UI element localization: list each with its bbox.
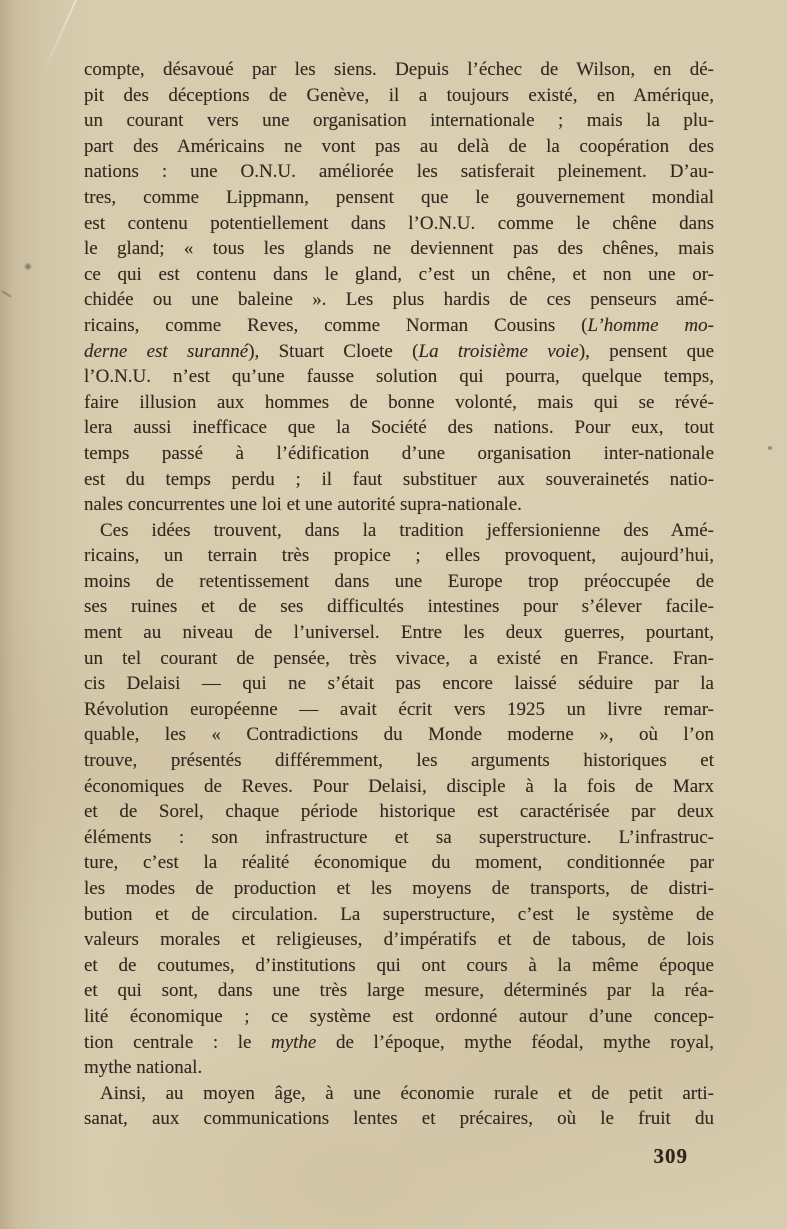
text-line: nales concurrentes une loi et une autori… xyxy=(84,492,714,518)
text-segment: moins de retentissement dans une Europe … xyxy=(84,571,714,592)
text-line: un courant vers une organisation interna… xyxy=(84,108,714,134)
text-segment: quable, les « Contradictions du Monde mo… xyxy=(84,724,714,745)
text-line: Ainsi, au moyen âge, à une économie rura… xyxy=(84,1081,714,1107)
text-line: ses ruines et de ses difficultés intesti… xyxy=(84,594,714,620)
text-line: tres, comme Lippmann, pensent que le gou… xyxy=(84,185,714,211)
text-segment: et qui sont, dans une très large mesure,… xyxy=(84,980,714,1001)
text-line: valeurs morales et religieuses, d’impéra… xyxy=(84,927,714,953)
text-line: est contenu potentiellement dans l’O.N.U… xyxy=(84,211,714,237)
text-line: derne est suranné), Stuart Cloete (La tr… xyxy=(84,339,714,365)
text-segment: ses ruines et de ses difficultés intesti… xyxy=(84,596,714,617)
text-line: ce qui est contenu dans le gland, c’est … xyxy=(84,262,714,288)
italic-text-segment: L’homme mo- xyxy=(588,315,715,336)
italic-text-segment: La troisième voie xyxy=(419,341,579,362)
text-segment: les modes de production et les moyens de… xyxy=(84,878,714,899)
text-line: lité économique ; ce système est ordonné… xyxy=(84,1004,714,1030)
italic-text-segment: derne est suranné xyxy=(84,341,248,362)
text-segment: tres, comme Lippmann, pensent que le gou… xyxy=(84,187,714,208)
text-line: pit des déceptions de Genève, il a toujo… xyxy=(84,83,714,109)
text-segment: nations : une O.N.U. améliorée les satis… xyxy=(84,161,714,182)
text-segment: ), Stuart Cloete ( xyxy=(248,341,418,362)
book-page: compte, désavoué par les siens. Depuis l… xyxy=(0,0,787,1229)
text-segment: l’O.N.U. n’est qu’une fausse solution qu… xyxy=(84,366,714,387)
text-line: et qui sont, dans une très large mesure,… xyxy=(84,978,714,1004)
text-segment: économiques de Reves. Pour Delaisi, disc… xyxy=(84,776,714,797)
text-line: les modes de production et les moyens de… xyxy=(84,876,714,902)
text-segment: ), pensent que xyxy=(579,341,714,362)
text-segment: et de coutumes, d’institutions qui ont c… xyxy=(84,955,714,976)
text-line: est du temps perdu ; il faut substituer … xyxy=(84,467,714,493)
text-segment: Ces idées trouvent, dans la tradition je… xyxy=(100,520,714,541)
text-line: Ces idées trouvent, dans la tradition je… xyxy=(84,518,714,544)
text-line: bution et de circulation. La superstruct… xyxy=(84,902,714,928)
text-segment: et de Sorel, chaque période historique e… xyxy=(84,801,714,822)
text-line: chidée ou une baleine ». Les plus hardis… xyxy=(84,287,714,313)
text-segment: sanat, aux communications lentes et préc… xyxy=(84,1108,714,1129)
text-segment: temps passé à l’édification d’une organi… xyxy=(84,443,714,464)
text-segment: Révolution européenne — avait écrit vers… xyxy=(84,699,714,720)
text-segment: cis Delaisi — qui ne s’était pas encore … xyxy=(84,673,714,694)
text-segment: un courant vers une organisation interna… xyxy=(84,110,714,131)
text-line: lera aussi inefficace que la Société des… xyxy=(84,415,714,441)
text-segment: est contenu potentiellement dans l’O.N.U… xyxy=(84,213,714,234)
text-line: quable, les « Contradictions du Monde mo… xyxy=(84,722,714,748)
text-segment: lité économique ; ce système est ordonné… xyxy=(84,1006,714,1027)
text-segment: part des Américains ne vont pas au delà … xyxy=(84,136,714,157)
paper-speck xyxy=(768,446,772,450)
text-segment: compte, désavoué par les siens. Depuis l… xyxy=(84,59,714,80)
text-line: moins de retentissement dans une Europe … xyxy=(84,569,714,595)
text-segment: ce qui est contenu dans le gland, c’est … xyxy=(84,264,714,285)
paper-speck xyxy=(1,290,11,298)
text-line: l’O.N.U. n’est qu’une fausse solution qu… xyxy=(84,364,714,390)
text-line: part des Américains ne vont pas au delà … xyxy=(84,134,714,160)
text-segment: tion centrale : le xyxy=(84,1032,271,1053)
text-segment: Ainsi, au moyen âge, à une économie rura… xyxy=(100,1083,714,1104)
text-line: mythe national. xyxy=(84,1055,714,1081)
text-line: ricains, comme Reves, comme Norman Cousi… xyxy=(84,313,714,339)
text-line: ricains, un terrain très propice ; elles… xyxy=(84,543,714,569)
paper-speck xyxy=(24,262,32,271)
text-line: temps passé à l’édification d’une organi… xyxy=(84,441,714,467)
text-segment: le gland; « tous les glands ne deviennen… xyxy=(84,238,714,259)
text-block: compte, désavoué par les siens. Depuis l… xyxy=(84,57,714,1132)
text-line: cis Delaisi — qui ne s’était pas encore … xyxy=(84,671,714,697)
text-line: un tel courant de pensée, très vivace, a… xyxy=(84,646,714,672)
text-line: le gland; « tous les glands ne deviennen… xyxy=(84,236,714,262)
text-segment: ricains, comme Reves, comme Norman Cousi… xyxy=(84,315,588,336)
text-line: nations : une O.N.U. améliorée les satis… xyxy=(84,159,714,185)
text-segment: ricains, un terrain très propice ; elles… xyxy=(84,545,714,566)
text-segment: un tel courant de pensée, très vivace, a… xyxy=(84,648,714,669)
text-line: économiques de Reves. Pour Delaisi, disc… xyxy=(84,774,714,800)
text-line: ture, c’est la réalité économique du mom… xyxy=(84,850,714,876)
text-segment: mythe national. xyxy=(84,1057,202,1078)
text-line: et de coutumes, d’institutions qui ont c… xyxy=(84,953,714,979)
italic-text-segment: mythe xyxy=(271,1032,316,1053)
text-segment: trouve, présentés différemment, les argu… xyxy=(84,750,714,771)
text-segment: est du temps perdu ; il faut substituer … xyxy=(84,469,714,490)
text-line: ment au niveau de l’universel. Entre les… xyxy=(84,620,714,646)
text-segment: lera aussi inefficace que la Société des… xyxy=(84,417,714,438)
page-number: 309 xyxy=(654,1144,689,1169)
paper-crease xyxy=(39,0,78,80)
text-segment: éléments : son infrastructure et sa supe… xyxy=(84,827,714,848)
text-segment: valeurs morales et religieuses, d’impéra… xyxy=(84,929,714,950)
text-line: tion centrale : le mythe de l’époque, my… xyxy=(84,1030,714,1056)
text-line: compte, désavoué par les siens. Depuis l… xyxy=(84,57,714,83)
text-segment: bution et de circulation. La superstruct… xyxy=(84,904,714,925)
text-segment: ture, c’est la réalité économique du mom… xyxy=(84,852,714,873)
text-segment: chidée ou une baleine ». Les plus hardis… xyxy=(84,289,714,310)
text-line: trouve, présentés différemment, les argu… xyxy=(84,748,714,774)
text-segment: ment au niveau de l’universel. Entre les… xyxy=(84,622,714,643)
text-segment: nales concurrentes une loi et une autori… xyxy=(84,494,522,515)
text-line: éléments : son infrastructure et sa supe… xyxy=(84,825,714,851)
text-line: faire illusion aux hommes de bonne volon… xyxy=(84,390,714,416)
text-segment: pit des déceptions de Genève, il a toujo… xyxy=(84,85,714,106)
text-segment: faire illusion aux hommes de bonne volon… xyxy=(84,392,714,413)
text-line: sanat, aux communications lentes et préc… xyxy=(84,1106,714,1132)
text-line: Révolution européenne — avait écrit vers… xyxy=(84,697,714,723)
text-line: et de Sorel, chaque période historique e… xyxy=(84,799,714,825)
text-segment: de l’époque, mythe féodal, mythe royal, xyxy=(316,1032,714,1053)
